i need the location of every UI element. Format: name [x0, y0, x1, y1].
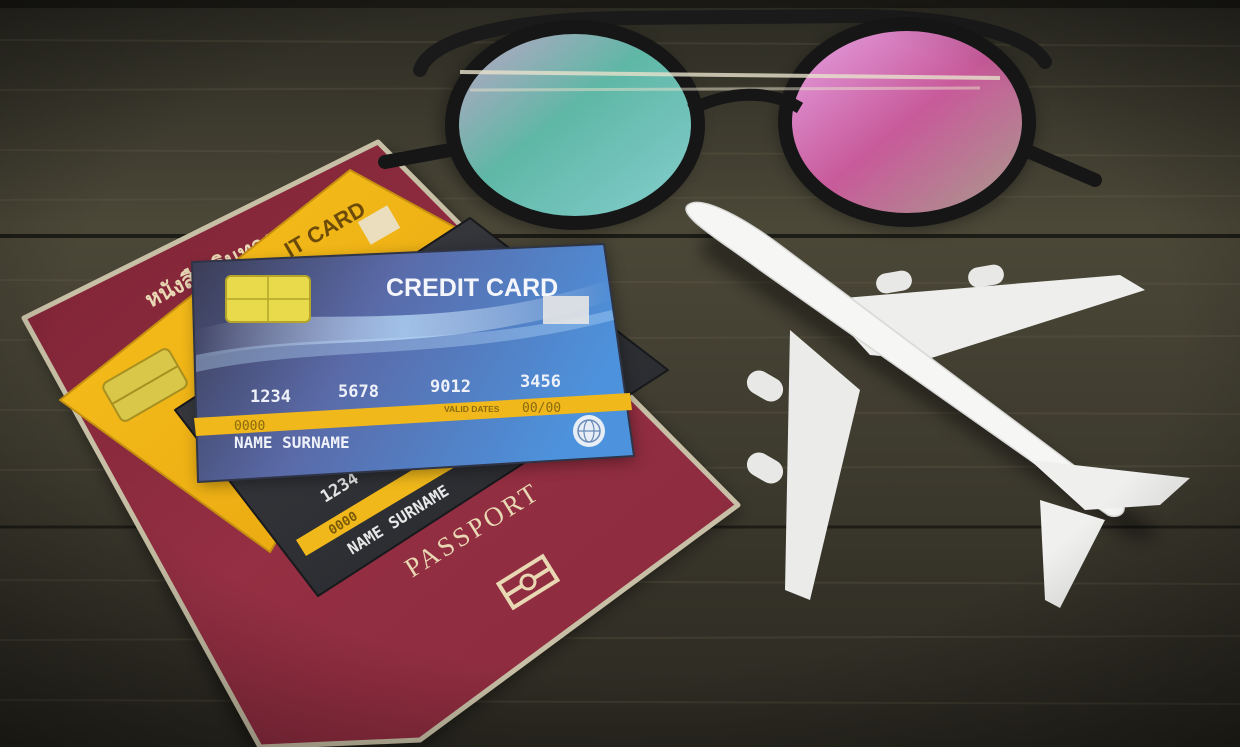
valid-dates-label: VALID DATES — [444, 404, 500, 414]
valid-dates-value: 00/00 — [522, 401, 561, 416]
blue-credit-card: CREDIT CARD 1234 5678 9012 3456 VALID DA… — [192, 244, 635, 485]
travel-photo: PASSPORT หนังสือเดินทาง IT CARD 1234 000… — [0, 0, 1240, 747]
card-number-group-4: 3456 — [520, 372, 561, 392]
left-lens — [452, 27, 698, 223]
card-holder-name: NAME SURNAME — [234, 433, 350, 452]
globe-icon — [573, 415, 605, 447]
card-number-group-1: 1234 — [250, 387, 291, 407]
card-number-group-2: 5678 — [338, 382, 379, 402]
card-code: 0000 — [234, 419, 265, 434]
card-number-group-3: 9012 — [430, 377, 471, 397]
chip-icon — [226, 276, 310, 322]
blue-card-title: CREDIT CARD — [386, 274, 558, 302]
right-lens — [785, 24, 1029, 220]
